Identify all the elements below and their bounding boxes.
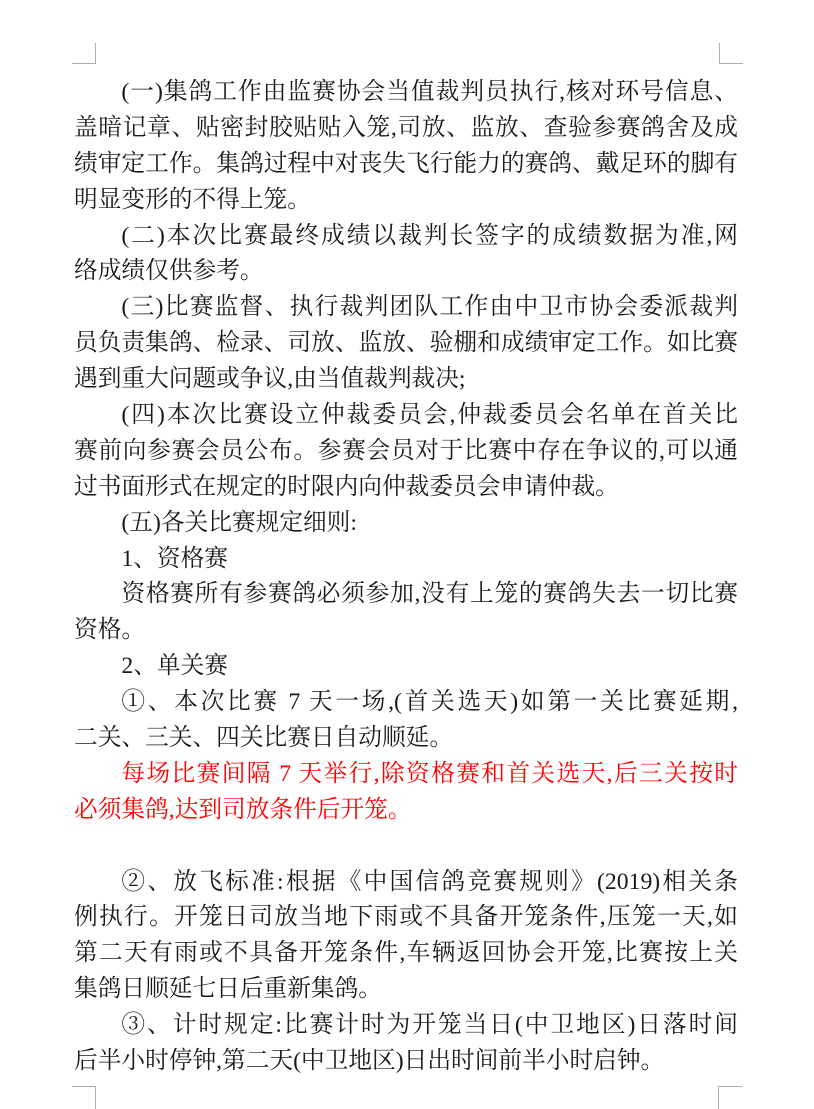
text-line: 绩审定工作。集鸽过程中对丧失飞行能力的赛鸽、戴足环的脚有: [74, 147, 738, 183]
text-line: 1、资格赛: [74, 542, 738, 578]
text-line: 络成绩仅供参考。: [74, 254, 738, 290]
text-line: ③、计时规定:比赛计时为开笼当日(中卫地区)日落时间: [74, 1008, 738, 1044]
text-line: (四)本次比赛设立仲裁委员会,仲裁委员会名单在首关比: [74, 398, 738, 434]
text-line: (三)比赛监督、执行裁判团队工作由中卫市协会委派裁判: [74, 290, 738, 326]
text-line: 第二天有雨或不具备开笼条件,车辆返回协会开笼,比赛按上关: [74, 936, 738, 972]
document-body: (一)集鸽工作由监赛协会当值裁判员执行,核对环号信息、 盖暗记章、贴密封胶贴贴入…: [74, 75, 738, 1080]
text-line: 明显变形的不得上笼。: [74, 183, 738, 219]
text-line: ②、放飞标准:根据《中国信鸽竞赛规则》(2019)相关条: [74, 865, 738, 901]
text-line-red: 每场比赛间隔 7 天举行,除资格赛和首关选天,后三关按时: [74, 757, 738, 793]
text-line: 集鸽日顺延七日后重新集鸽。: [74, 972, 738, 1008]
text-line: 盖暗记章、贴密封胶贴贴入笼,司放、监放、查验参赛鸽舍及成: [74, 111, 738, 147]
text-line: 资格。: [74, 613, 738, 649]
text-line: 遇到重大问题或争议,由当值裁判裁决;: [74, 362, 738, 398]
margin-crop-mark-top-left: [72, 43, 96, 64]
text-line: 例执行。开笼日司放当地下雨或不具备开笼条件,压笼一天,如: [74, 900, 738, 936]
empty-line: [74, 829, 738, 865]
text-line-red: 必须集鸽,达到司放条件后开笼。: [74, 793, 738, 829]
text-line: 赛前向参赛会员公布。参赛会员对于比赛中存在争议的,可以通: [74, 434, 738, 470]
text-line: 2、单关赛: [74, 649, 738, 685]
text-line: (二)本次比赛最终成绩以裁判长签字的成绩数据为准,网: [74, 219, 738, 255]
margin-crop-mark-top-right: [719, 43, 743, 64]
text-line: 员负责集鸽、检录、司放、监放、验棚和成绩审定工作。如比赛: [74, 326, 738, 362]
text-line: 二关、三关、四关比赛日自动顺延。: [74, 721, 738, 757]
text-line: 过书面形式在规定的时限内向仲裁委员会申请仲裁。: [74, 470, 738, 506]
text-line: (五)各关比赛规定细则:: [74, 506, 738, 542]
text-line: ①、本次比赛 7 天一场,(首关选天)如第一关比赛延期,: [74, 685, 738, 721]
text-line: (一)集鸽工作由监赛协会当值裁判员执行,核对环号信息、: [74, 75, 738, 111]
document-page: (一)集鸽工作由监赛协会当值裁判员执行,核对环号信息、 盖暗记章、贴密封胶贴贴入…: [0, 0, 814, 1109]
text-line: 资格赛所有参赛鸽必须参加,没有上笼的赛鸽失去一切比赛: [74, 577, 738, 613]
text-line: 后半小时停钟,第二天(中卫地区)日出时间前半小时启钟。: [74, 1044, 738, 1080]
margin-crop-mark-bottom-right: [718, 1086, 742, 1109]
margin-crop-mark-bottom-left: [72, 1086, 96, 1109]
